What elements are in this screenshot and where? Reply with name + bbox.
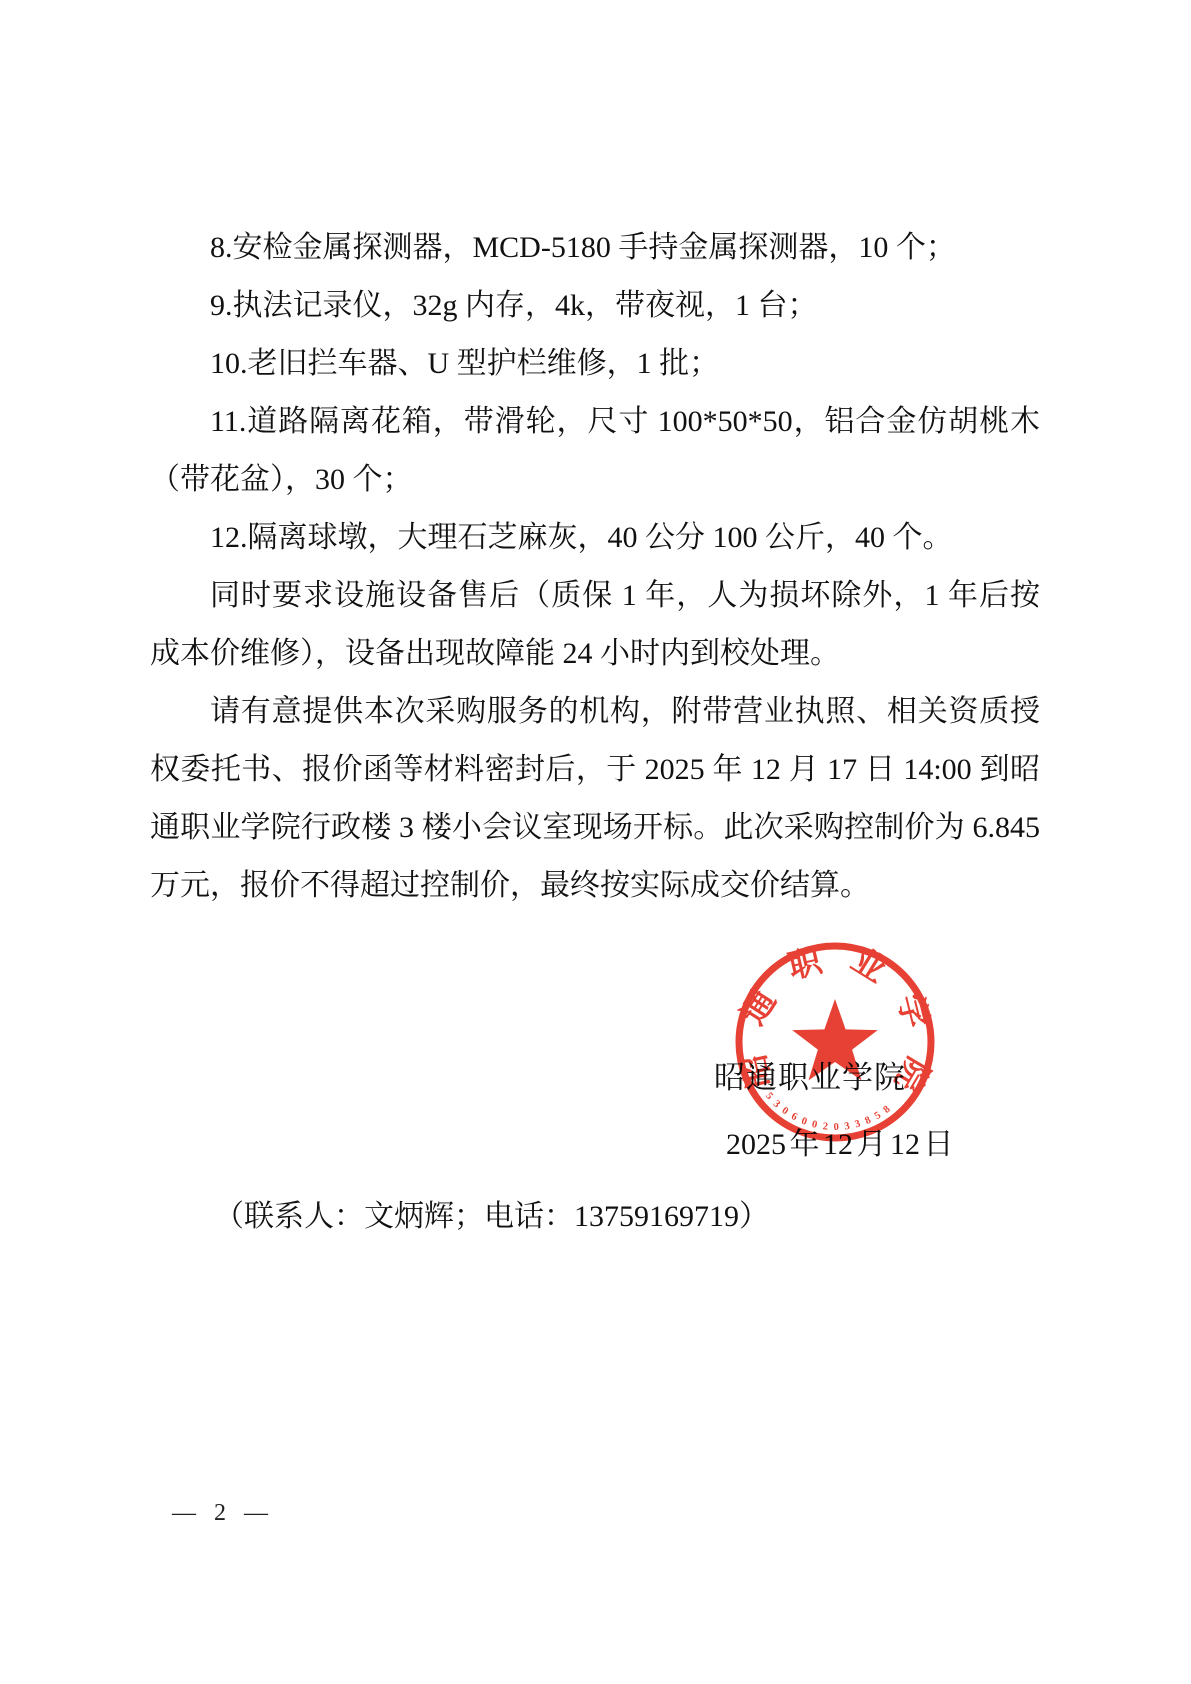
list-item-11: 11.道路隔离花箱，带滑轮，尺寸 100*50*50，铝合金仿胡桃木（带花盆），… xyxy=(150,393,1040,509)
page-number: — 2 — xyxy=(172,1500,274,1527)
document-page: 8.安检金属探测器，MCD-5180 手持金属探测器，10 个； 9.执法记录仪… xyxy=(0,0,1191,1684)
official-seal-svg: 昭通职业学院 5306002033858 xyxy=(733,940,937,1144)
list-item-10: 10.老旧拦车器、U 型护栏维修，1 批； xyxy=(150,335,1040,393)
bidding-instructions-paragraph: 请有意提供本次采购服务的机构，附带营业执照、相关资质授权委托书、报价函等材料密封… xyxy=(150,683,1040,915)
contact-line: （联系人：文炳辉；电话：13759169719） xyxy=(214,1191,769,1235)
list-item-12: 12.隔离球墩，大理石芝麻灰，40 公分 100 公斤，40 个。 xyxy=(150,509,1040,567)
official-seal: 昭通职业学院 5306002033858 xyxy=(733,940,937,1144)
after-sales-paragraph: 同时要求设施设备售后（质保 1 年，人为损坏除外，1 年后按成本价维修），设备出… xyxy=(150,567,1040,683)
list-item-9: 9.执法记录仪，32g 内存，4k，带夜视，1 台； xyxy=(150,277,1040,335)
seal-star-icon xyxy=(792,999,878,1080)
document-body: 8.安检金属探测器，MCD-5180 手持金属探测器，10 个； 9.执法记录仪… xyxy=(150,219,1040,915)
list-item-8: 8.安检金属探测器，MCD-5180 手持金属探测器，10 个； xyxy=(150,219,1040,277)
